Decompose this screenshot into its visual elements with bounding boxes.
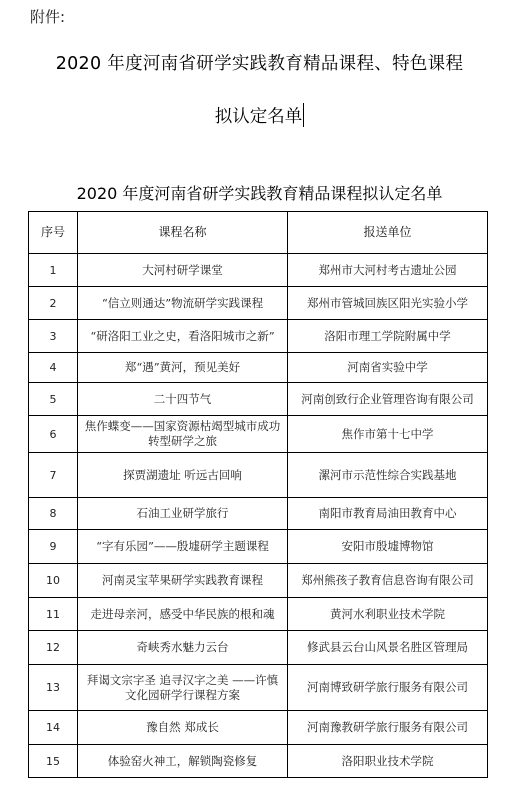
submitting-unit: 河南创致行企业管理咨询有限公司	[288, 383, 488, 416]
table-row: 9“字有乐园”——殷墟研学主题课程安阳市殷墟博物馆	[29, 530, 488, 564]
row-number: 1	[29, 254, 78, 287]
table-row: 13拜谒文宗字圣 追寻汉字之美 ——许慎文化园研学行课程方案河南博致研学旅行服务…	[29, 665, 488, 711]
document-title-line2-text: 拟认定名单	[215, 107, 303, 127]
table-row: 7探贾湖遗址 听远古回响漯河市示范性综合实践基地	[29, 453, 488, 498]
submitting-unit: 安阳市殷墟博物馆	[288, 530, 488, 564]
submitting-unit: 焦作市第十七中学	[288, 416, 488, 453]
course-name: 探贾湖遗址 听远古回响	[78, 453, 288, 498]
submitting-unit: 郑州市大河村考古遗址公园	[288, 254, 488, 287]
table-title: 2020 年度河南省研学实践教育精品课程拟认定名单	[0, 181, 519, 204]
table-row: 10河南灵宝苹果研学实践教育课程郑州熊孩子教育信息咨询有限公司	[29, 564, 488, 598]
row-number: 5	[29, 383, 78, 416]
course-name: 二十四节气	[78, 383, 288, 416]
submitting-unit: 黄河水利职业技术学院	[288, 598, 488, 631]
header-no: 序号	[29, 212, 78, 254]
row-number: 14	[29, 711, 78, 745]
table-row: 14豫自然 郑成长河南豫教研学旅行服务有限公司	[29, 711, 488, 745]
submitting-unit: 郑州熊孩子教育信息咨询有限公司	[288, 564, 488, 598]
row-number: 11	[29, 598, 78, 631]
submitting-unit: 河南博致研学旅行服务有限公司	[288, 665, 488, 711]
header-unit: 报送单位	[288, 212, 488, 254]
course-name: 焦作蝶变——国家资源枯竭型城市成功转型研学之旅	[78, 416, 288, 453]
table-row: 3“研洛阳工业之史，看洛阳城市之新”洛阳市理工学院附属中学	[29, 320, 488, 353]
document-title-line2: 拟认定名单	[0, 103, 519, 128]
row-number: 12	[29, 631, 78, 665]
attachment-label: 附件:	[30, 6, 65, 27]
submitting-unit: 洛阳职业技术学院	[288, 745, 488, 778]
row-number: 8	[29, 498, 78, 530]
table-row: 1大河村研学课堂郑州市大河村考古遗址公园	[29, 254, 488, 287]
table-header-row: 序号 课程名称 报送单位	[29, 212, 488, 254]
table-row: 11走进母亲河，感受中华民族的根和魂黄河水利职业技术学院	[29, 598, 488, 631]
table-row: 15体验窑火神工，解锁陶瓷修复洛阳职业技术学院	[29, 745, 488, 778]
course-name: “研洛阳工业之史，看洛阳城市之新”	[78, 320, 288, 353]
row-number: 15	[29, 745, 78, 778]
course-name: 大河村研学课堂	[78, 254, 288, 287]
row-number: 13	[29, 665, 78, 711]
course-name: 豫自然 郑成长	[78, 711, 288, 745]
table-row: 12奇峡秀水魅力云台修武县云台山风景名胜区管理局	[29, 631, 488, 665]
row-number: 4	[29, 353, 78, 383]
row-number: 9	[29, 530, 78, 564]
course-name: 走进母亲河，感受中华民族的根和魂	[78, 598, 288, 631]
row-number: 7	[29, 453, 78, 498]
submitting-unit: 洛阳市理工学院附属中学	[288, 320, 488, 353]
document-title-line1: 2020 年度河南省研学实践教育精品课程、特色课程	[0, 50, 519, 75]
course-name: “字有乐园”——殷墟研学主题课程	[78, 530, 288, 564]
course-name: 奇峡秀水魅力云台	[78, 631, 288, 665]
course-name: 石油工业研学旅行	[78, 498, 288, 530]
course-name: “信立则通达”物流研学实践课程	[78, 287, 288, 320]
submitting-unit: 河南豫教研学旅行服务有限公司	[288, 711, 488, 745]
table-row: 2“信立则通达”物流研学实践课程郑州市管城回族区阳光实验小学	[29, 287, 488, 320]
course-name: 体验窑火神工，解锁陶瓷修复	[78, 745, 288, 778]
course-name: 拜谒文宗字圣 追寻汉字之美 ——许慎文化园研学行课程方案	[78, 665, 288, 711]
row-number: 2	[29, 287, 78, 320]
course-table: 序号 课程名称 报送单位 1大河村研学课堂郑州市大河村考古遗址公园2“信立则通达…	[28, 211, 488, 778]
submitting-unit: 南阳市教育局油田教育中心	[288, 498, 488, 530]
row-number: 6	[29, 416, 78, 453]
row-number: 10	[29, 564, 78, 598]
table-row: 8石油工业研学旅行南阳市教育局油田教育中心	[29, 498, 488, 530]
table-row: 4郑“遇”黄河，预见美好河南省实验中学	[29, 353, 488, 383]
submitting-unit: 漯河市示范性综合实践基地	[288, 453, 488, 498]
text-cursor	[303, 103, 304, 127]
course-name: 郑“遇”黄河，预见美好	[78, 353, 288, 383]
table-row: 6焦作蝶变——国家资源枯竭型城市成功转型研学之旅焦作市第十七中学	[29, 416, 488, 453]
submitting-unit: 郑州市管城回族区阳光实验小学	[288, 287, 488, 320]
header-course: 课程名称	[78, 212, 288, 254]
course-name: 河南灵宝苹果研学实践教育课程	[78, 564, 288, 598]
submitting-unit: 修武县云台山风景名胜区管理局	[288, 631, 488, 665]
submitting-unit: 河南省实验中学	[288, 353, 488, 383]
row-number: 3	[29, 320, 78, 353]
table-row: 5二十四节气河南创致行企业管理咨询有限公司	[29, 383, 488, 416]
